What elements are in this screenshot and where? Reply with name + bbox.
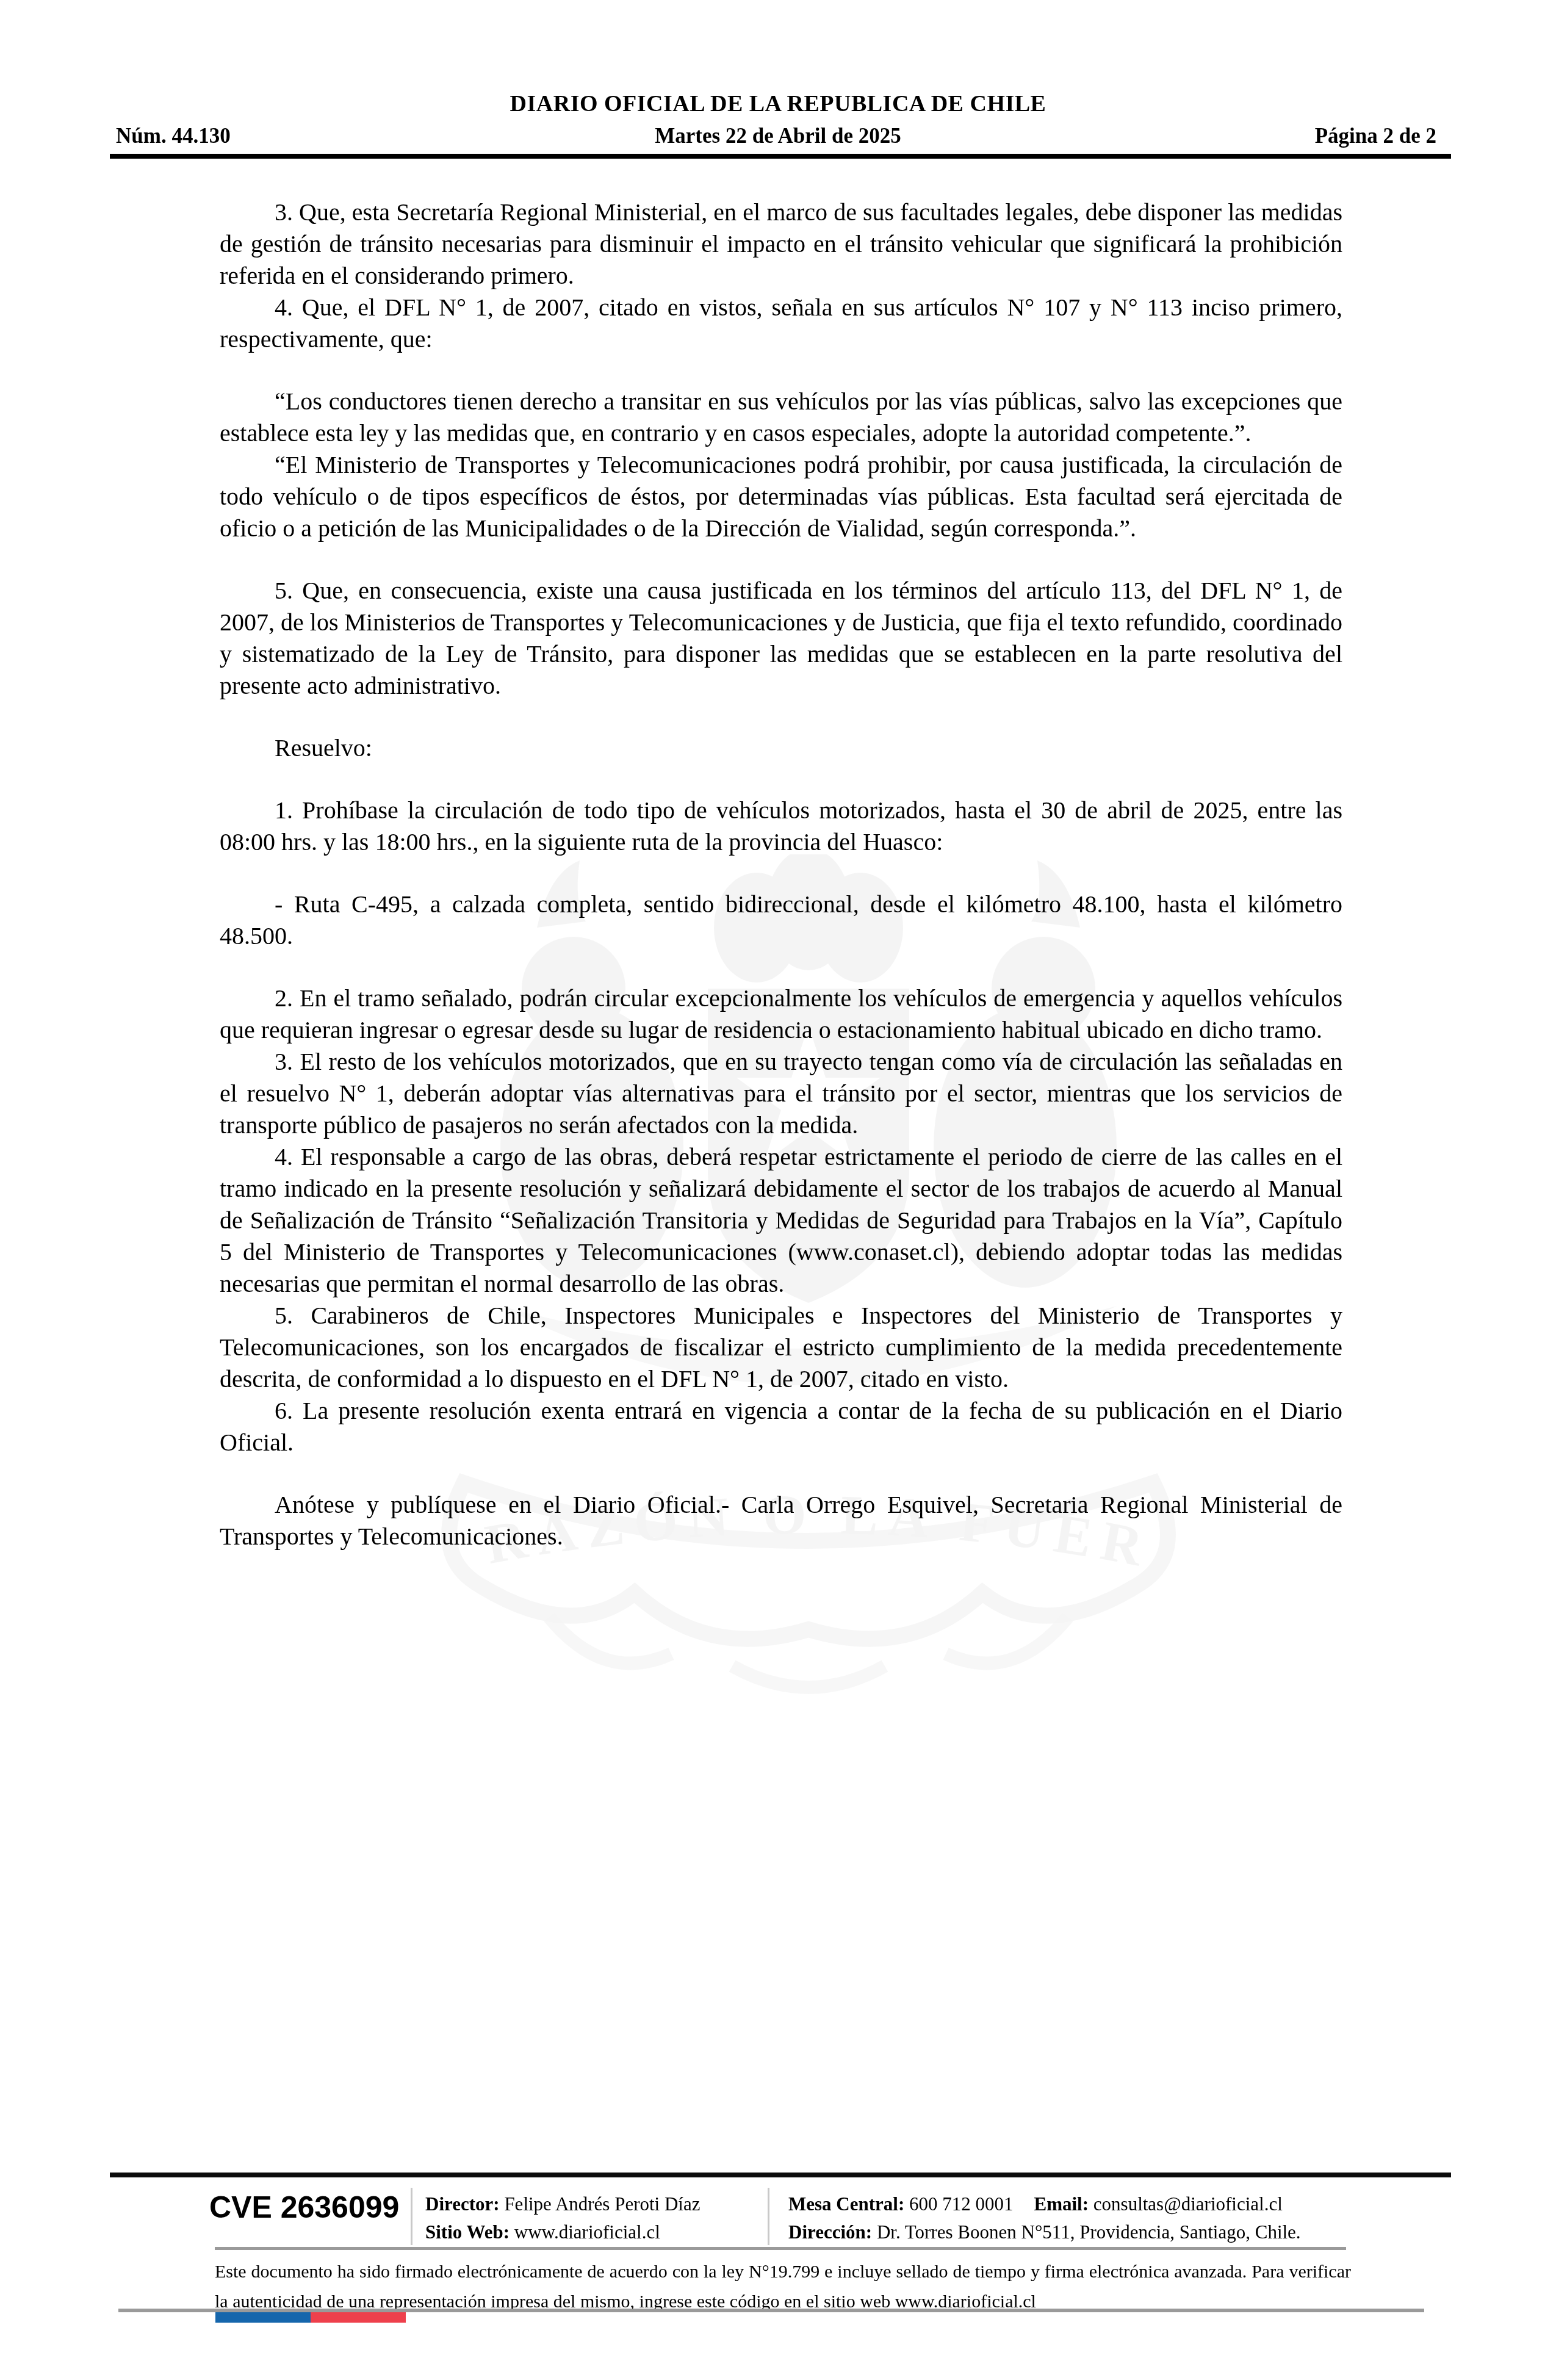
mesa-central-label: Mesa Central: — [788, 2193, 904, 2215]
flag-red-segment — [311, 2312, 406, 2323]
body-paragraph: “Los conductores tienen derecho a transi… — [220, 386, 1342, 449]
body-paragraph: 1. Prohíbase la circulación de todo tipo… — [220, 795, 1342, 858]
body-paragraph: 3. Que, esta Secretaría Regional Ministe… — [220, 197, 1342, 292]
footer-rule-mid — [215, 2247, 1346, 2250]
body-paragraph: “El Ministerio de Transportes y Telecomu… — [220, 449, 1342, 544]
body-paragraph: Resuelvo: — [220, 732, 1342, 764]
director-label: Director: — [425, 2193, 500, 2215]
flag-blue-segment — [215, 2312, 311, 2323]
direccion-label: Dirección: — [788, 2221, 872, 2243]
body-paragraph: 5. Que, en consecuencia, existe una caus… — [220, 575, 1342, 702]
cve-code: CVE 2636099 — [209, 2190, 399, 2225]
footer-contact-block: Mesa Central: 600 712 0001Email: consult… — [788, 2190, 1301, 2246]
legal-notice: Este documento ha sido firmado electróni… — [215, 2257, 1351, 2317]
page-indicator: Página 2 de 2 — [1315, 124, 1436, 148]
body-paragraph: 2. En el tramo señalado, podrán circular… — [220, 983, 1342, 1046]
email-value: consultas@diarioficial.cl — [1093, 2193, 1283, 2215]
masthead-title: DIARIO OFICIAL DE LA REPUBLICA DE CHILE — [0, 90, 1556, 117]
sitio-web-value: www.diarioficial.cl — [514, 2221, 660, 2243]
footer-divider-1 — [411, 2188, 412, 2245]
body-paragraph: 3. El resto de los vehículos motorizados… — [220, 1046, 1342, 1141]
footer-director-block: Director: Felipe Andrés Peroti Díaz Siti… — [425, 2190, 701, 2246]
document-body: 3. Que, esta Secretaría Regional Ministe… — [220, 197, 1342, 1552]
direccion-line: Dirección: Dr. Torres Boonen N°511, Prov… — [788, 2218, 1301, 2246]
chile-flag-bar — [215, 2312, 406, 2323]
body-paragraph: Anótese y publíquese en el Diario Oficia… — [220, 1489, 1342, 1552]
email-label: Email: — [1034, 2193, 1089, 2215]
director-line: Director: Felipe Andrés Peroti Díaz — [425, 2190, 701, 2218]
body-paragraph: - Ruta C-495, a calzada completa, sentid… — [220, 889, 1342, 952]
mesa-central-value: 600 712 0001 — [909, 2193, 1014, 2215]
body-paragraph: 4. El responsable a cargo de las obras, … — [220, 1141, 1342, 1300]
body-paragraph: 6. La presente resolución exenta entrará… — [220, 1395, 1342, 1459]
body-paragraph: 5. Carabineros de Chile, Inspectores Mun… — [220, 1300, 1342, 1395]
header-rule — [110, 154, 1451, 159]
sitio-web-line: Sitio Web: www.diarioficial.cl — [425, 2218, 701, 2246]
footer-divider-2 — [768, 2188, 769, 2245]
director-value: Felipe Andrés Peroti Díaz — [504, 2193, 700, 2215]
footer-rule-top — [110, 2173, 1451, 2177]
document-page: DIARIO OFICIAL DE LA REPUBLICA DE CHILE … — [0, 0, 1556, 2380]
body-paragraph: 4. Que, el DFL N° 1, de 2007, citado en … — [220, 292, 1342, 355]
mesa-central-line: Mesa Central: 600 712 0001Email: consult… — [788, 2190, 1301, 2218]
direccion-value: Dr. Torres Boonen N°511, Providencia, Sa… — [877, 2221, 1301, 2243]
sitio-web-label: Sitio Web: — [425, 2221, 510, 2243]
